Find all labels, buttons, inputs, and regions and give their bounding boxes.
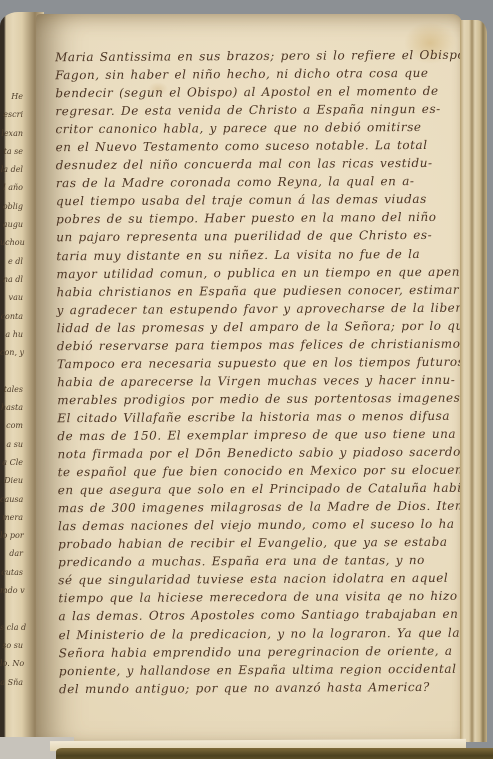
margin-text-fragment [0,600,26,618]
book-photo: Heescrilexanta sela dell añoobligauguuch… [0,0,493,759]
manuscript-line: bendecir (segun el Obispo) al Apostol en… [55,82,455,102]
margin-text-fragment: na dl [0,271,26,289]
page-fore-edge [460,20,487,742]
manuscript-line: Maria Santissima en sus brazos; pero si … [55,46,455,66]
manuscript-line: habia christianos en España que pudiesen… [56,280,456,300]
margin-text-fragment: escri [0,106,26,124]
manuscript-line: pobres de su tiempo. Haber puesto en la … [56,208,456,228]
margin-text-fragment: uchou [0,234,26,252]
manuscript-line: merables prodigios por medio de sus port… [57,389,457,409]
manuscript-line: ras de la Madre coronada como Reyna, la … [56,172,456,192]
margin-text-fragment: cutas [0,564,26,582]
margin-text-fragment: a Sña [0,674,26,692]
manuscript-line: lidad de las promesas y del amparo de la… [57,316,457,336]
margin-text-fragment: augu [0,216,26,234]
manuscript-line: poniente, y hallandose en España ultima … [59,659,459,679]
manuscript-line: Fagon, sin haber el niño hecho, ni dicho… [55,64,455,84]
manuscript-line: el Ministerio de la predicacion, y no la… [59,623,459,643]
manuscript-line: taria muy distante en su niñez. La visit… [56,244,456,264]
margin-text-fragment [0,362,26,380]
manuscript-line: quel tiempo usaba del traje comun á las … [56,190,456,210]
book-bottom-board [56,748,493,759]
manuscript-line: y agradecer tan estupendo favor y aprove… [57,298,457,318]
margin-text-fragment: mera [0,509,26,527]
manuscript-line: mayor utilidad comun, o publica en un ti… [56,262,456,282]
manuscript-line: Señora habia emprendido una peregrinacio… [59,641,459,661]
margin-text-fragment: conta [0,308,26,326]
margin-text-fragment: mdo v [0,582,26,600]
margin-text-fragment: He [0,88,26,106]
margin-text-fragment: tales [0,381,26,399]
margin-text-fragment: ta se [0,143,26,161]
margin-text-fragment: dar [0,545,26,563]
margin-text-fragment: lo por [0,527,26,545]
margin-text-fragment: com [0,417,26,435]
margin-text-fragment: causa [0,491,26,509]
manuscript-line: Tampoco era necesaria supuesto que en lo… [57,353,457,373]
manuscript-text: Maria Santissima en sus brazos; pero si … [55,46,459,698]
margin-text-fragment: vau [0,289,26,307]
manuscript-line: a las demas. Otros Apostoles como Santia… [58,605,458,625]
margin-text-fragment: a hu [0,326,26,344]
margin-text-fragment: hasta [0,399,26,417]
margin-fragments-column: Heescrilexanta sela dell añoobligauguuch… [0,88,26,692]
margin-text-fragment: con, y [0,344,26,362]
manuscript-line: desnudez del niño concuerda mal con las … [56,154,456,174]
margin-text-fragment: Dieu [0,472,26,490]
manuscript-line: critor canonico habla, y parece que no d… [55,118,455,138]
manuscript-line: un pajaro representa una puerilidad de q… [56,226,456,246]
manuscript-line: en el Nuevo Testamento como suceso notab… [56,136,456,156]
margin-text-fragment: s cla d [0,619,26,637]
margin-text-fragment: e dl [0,253,26,271]
margin-text-fragment: la del [0,161,26,179]
margin-text-fragment: oblig [0,198,26,216]
margin-text-fragment: a Cle [0,454,26,472]
margin-text-fragment: lexan [0,125,26,143]
manuscript-line: del mundo antiguo; por que no avanzó has… [59,677,459,697]
margin-text-fragment: a su [0,436,26,454]
margin-text-fragment: so su [0,637,26,655]
manuscript-line: regresar. De esta venida de Christo a Es… [55,100,455,120]
manuscript-line: habia de aparecerse la Virgen muchas vec… [57,371,457,391]
manuscript-page: Maria Santissima en sus brazos; pero si … [36,14,462,744]
margin-text-fragment: lo. No [0,655,26,673]
manuscript-line: debió reservarse para tiempos mas felice… [57,335,457,355]
margin-text-fragment: l año [0,179,26,197]
